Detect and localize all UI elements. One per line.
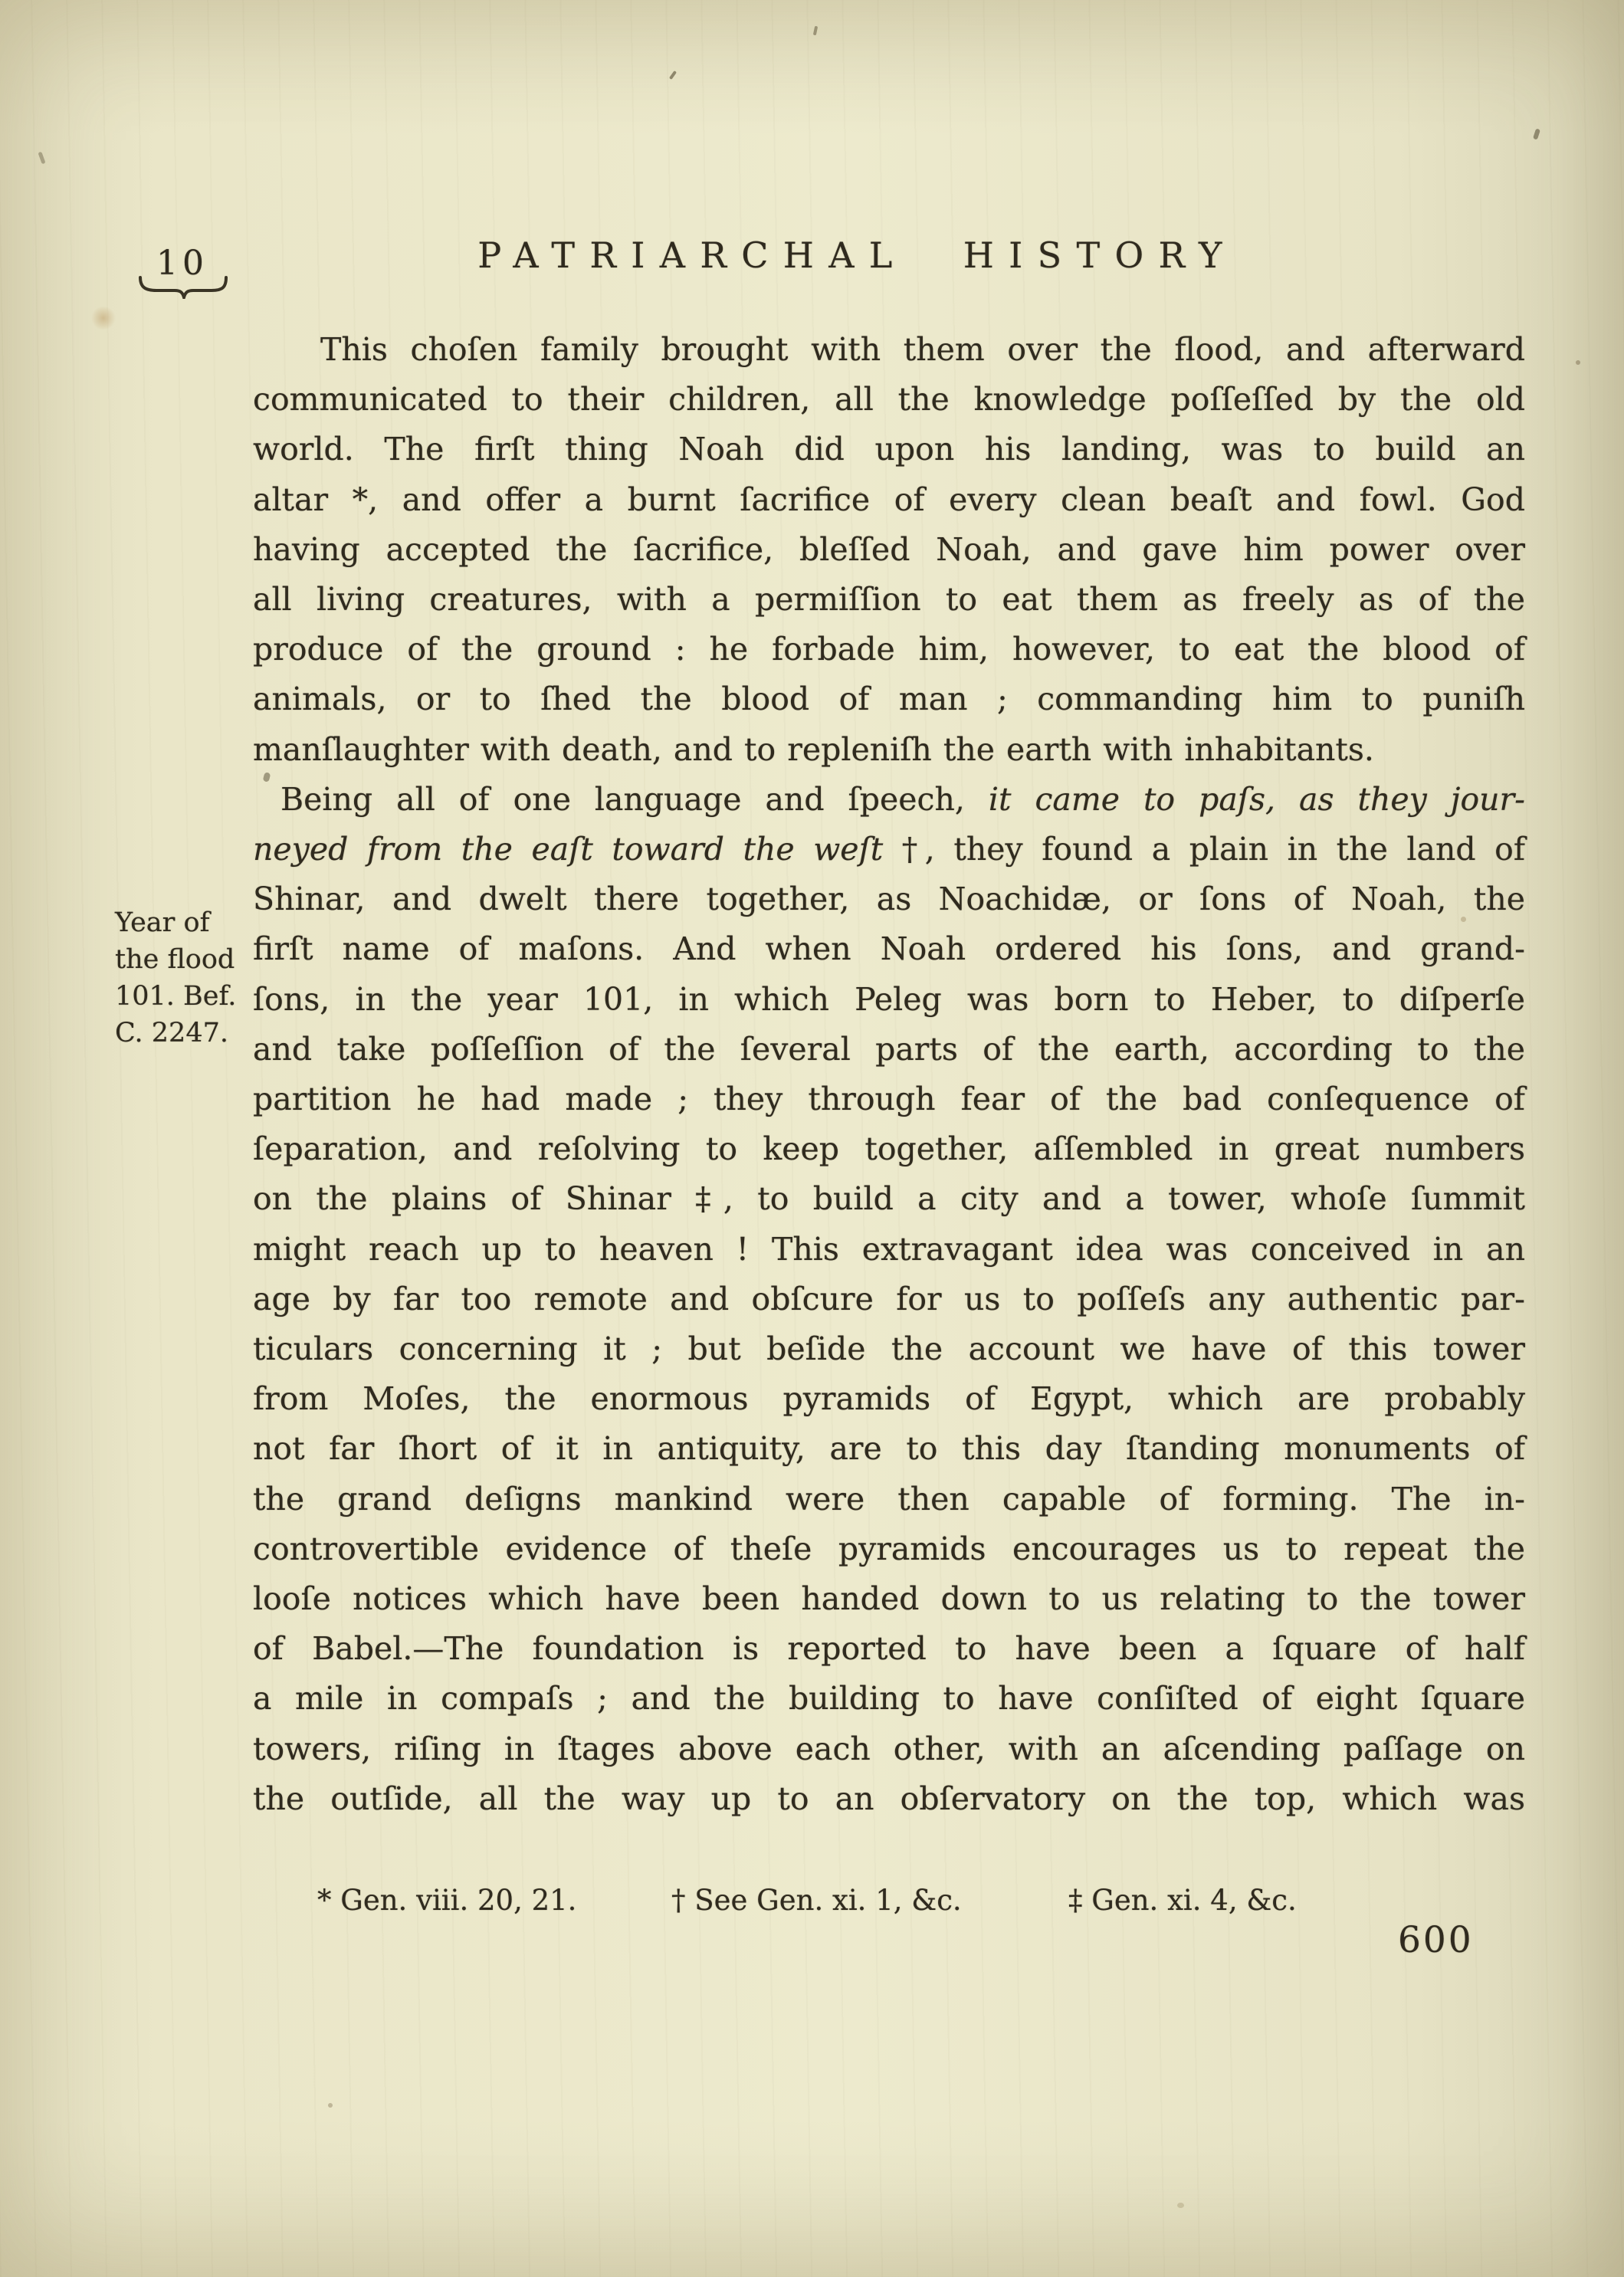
text-segment: controvertible evidence of theſe pyramid…: [253, 1531, 1525, 1567]
text-segment: ſeparation, and reſolving to keep togeth…: [253, 1130, 1525, 1167]
paper-speck: [669, 71, 677, 80]
text-segment: Shinar, and dwelt there together, as Noa…: [253, 881, 1525, 917]
paper-speck: [1533, 128, 1540, 139]
text-segment: having accepted the ſacrifice, bleſſed N…: [253, 531, 1525, 568]
text-segment: the grand deſigns mankind were then capa…: [253, 1481, 1525, 1517]
text-segment: Being all of one language and ſpeech,: [281, 781, 989, 818]
text-segment: world. The firſt thing Noah did upon his…: [253, 431, 1525, 468]
text-line: neyed from the eaſt toward the weſt †, t…: [253, 825, 1525, 874]
text-segment: This choſen family brought with them ove…: [320, 331, 1525, 368]
text-segment: looſe notices which have been handed dow…: [253, 1580, 1525, 1617]
text-line: the grand deſigns mankind were then capa…: [253, 1475, 1525, 1524]
text-line: on the plains of Shinar ‡, to build a ci…: [253, 1174, 1525, 1224]
text-segment: not far ſhort of it in antiquity, are to…: [253, 1430, 1525, 1467]
text-line: animals, or to ſhed the blood of man ; c…: [253, 674, 1525, 724]
text-segment: might reach up to heaven ! This extravag…: [253, 1231, 1525, 1268]
underbrace-ornament: [138, 276, 228, 302]
text-segment: towers, riſing in ſtages above each othe…: [253, 1731, 1525, 1767]
text-line: towers, riſing in ſtages above each othe…: [253, 1724, 1525, 1774]
body-text: This choſen family brought with them ove…: [253, 325, 1525, 1824]
footnotes: * Gen. viii. 20, 21.† See Gen. xi. 1, &c…: [253, 1884, 1525, 1930]
text-segment: it came to paſs, as they jour-: [989, 781, 1525, 818]
footnote: † See Gen. xi. 1, &c.: [671, 1884, 962, 1917]
text-segment: ticulars concerning it ; but beſide the …: [253, 1330, 1525, 1367]
text-line: might reach up to heaven ! This extravag…: [253, 1225, 1525, 1275]
text-line: not far ſhort of it in antiquity, are to…: [253, 1424, 1525, 1474]
paper-speck: [328, 2103, 333, 2108]
footnote: * Gen. viii. 20, 21.: [317, 1884, 576, 1917]
text-line: of Babel.—The foundation is reported to …: [253, 1624, 1525, 1674]
text-line: This choſen family brought with them ove…: [253, 325, 1525, 375]
text-segment: of Babel.—The foundation is reported to …: [253, 1630, 1525, 1667]
margin-note-line: the flood: [115, 941, 261, 978]
text-line: having accepted the ſacrifice, bleſſed N…: [253, 525, 1525, 575]
text-line: all living creatures, with a permiſſion …: [253, 575, 1525, 625]
margin-note-line: 101. Bef.: [115, 978, 261, 1015]
text-segment: communicated to their children, all the …: [253, 381, 1525, 418]
margin-note: Year ofthe flood101. Bef.C. 2247.: [115, 904, 261, 1052]
text-line: the outſide, all the way up to an obſerv…: [253, 1774, 1525, 1824]
text-line: altar *, and offer a burnt ſacrifice of …: [253, 475, 1525, 525]
footnote: ‡ Gen. xi. 4, &c.: [1068, 1884, 1297, 1917]
text-segment: from Moſes, the enormous pyramids of Egy…: [253, 1380, 1525, 1417]
text-line: a mile in compaſs ; and the building to …: [253, 1674, 1525, 1724]
text-line: produce of the ground : he forbade him, …: [253, 625, 1525, 674]
paper-speck: [38, 152, 45, 165]
text-line: firſt name of maſons. And when Noah orde…: [253, 924, 1525, 974]
text-segment: the outſide, all the way up to an obſerv…: [253, 1780, 1525, 1817]
text-segment: on the plains of Shinar ‡, to build a ci…: [253, 1180, 1525, 1217]
text-line: manſlaughter with death, and to repleniſ…: [253, 725, 1525, 775]
text-line: age by far too remote and obſcure for us…: [253, 1275, 1525, 1324]
paragraph: This choſen family brought with them ove…: [253, 325, 1525, 775]
text-line: from Moſes, the enormous pyramids of Egy…: [253, 1374, 1525, 1424]
margin-note-line: Year of: [115, 904, 261, 941]
text-segment: manſlaughter with death, and to repleniſ…: [253, 731, 1374, 768]
text-line: ticulars concerning it ; but beſide the …: [253, 1324, 1525, 1374]
text-segment: all living creatures, with a permiſſion …: [253, 581, 1525, 618]
paragraph: Being all of one language and ſpeech, it…: [253, 775, 1525, 1824]
text-segment: produce of the ground : he forbade him, …: [253, 631, 1525, 668]
text-line: looſe notices which have been handed dow…: [253, 1574, 1525, 1624]
text-segment: ſons, in the year 101, in which Peleg wa…: [253, 981, 1525, 1018]
text-segment: partition he had made ; they through fea…: [253, 1081, 1525, 1117]
text-line: ſons, in the year 101, in which Peleg wa…: [253, 975, 1525, 1025]
paper-speck: [1576, 360, 1580, 365]
text-line: and take poſſeſſion of the ſeveral parts…: [253, 1025, 1525, 1075]
text-segment: a mile in compaſs ; and the building to …: [253, 1680, 1525, 1717]
text-segment: animals, or to ſhed the blood of man ; c…: [253, 681, 1525, 717]
text-segment: †, they found a plain in the land of: [902, 831, 1525, 868]
paper-stain: [90, 307, 116, 330]
text-segment: firſt name of maſons. And when Noah orde…: [253, 930, 1525, 967]
text-segment: and take poſſeſſion of the ſeveral parts…: [253, 1031, 1525, 1068]
text-line: world. The firſt thing Noah did upon his…: [253, 425, 1525, 474]
text-line: controvertible evidence of theſe pyramid…: [253, 1524, 1525, 1574]
margin-note-line: C. 2247.: [115, 1015, 261, 1052]
text-line: Being all of one language and ſpeech, it…: [253, 775, 1525, 825]
paper-speck: [813, 26, 818, 36]
text-line: partition he had made ; they through fea…: [253, 1075, 1525, 1124]
text-line: Shinar, and dwelt there together, as Noa…: [253, 874, 1525, 924]
foot-number: 600: [1398, 1919, 1474, 1961]
text-segment: age by far too remote and obſcure for us…: [253, 1281, 1525, 1317]
text-segment: altar *, and offer a burnt ſacrifice of …: [253, 481, 1525, 518]
running-title: PATRIARCHAL HISTORY: [90, 235, 1624, 276]
text-line: ſeparation, and reſolving to keep togeth…: [253, 1124, 1525, 1174]
paper-speck: [1177, 2203, 1184, 2208]
text-segment: neyed from the eaſt toward the weſt: [253, 831, 902, 868]
scanned-book-page: 10 PATRIARCHAL HISTORY Year ofthe flood1…: [0, 0, 1624, 2277]
text-line: communicated to their children, all the …: [253, 375, 1525, 425]
